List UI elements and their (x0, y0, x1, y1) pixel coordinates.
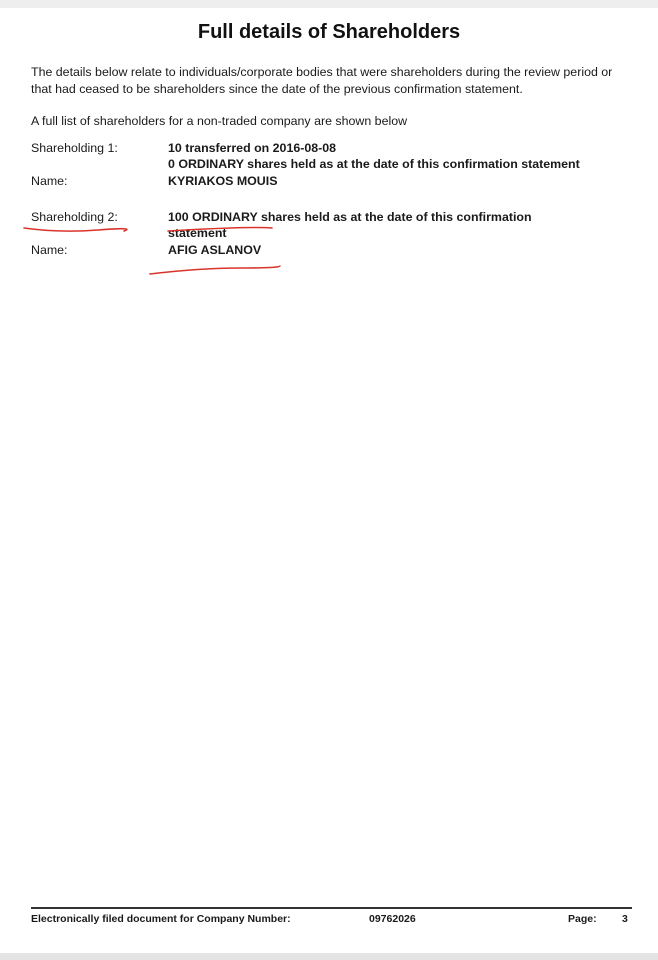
footer-filed-label: Electronically filed document for Compan… (31, 913, 291, 925)
footer-page-number: 3 (622, 913, 628, 925)
underline-name (150, 266, 280, 274)
footer-company-number: 09762026 (369, 913, 416, 925)
red-pen-annotations (0, 0, 658, 960)
underline-statement (168, 228, 272, 232)
underline-shareholding-2-label (24, 228, 127, 231)
bottom-edge (0, 953, 658, 960)
footer-divider (31, 907, 632, 909)
footer-page-label: Page: (568, 913, 597, 925)
